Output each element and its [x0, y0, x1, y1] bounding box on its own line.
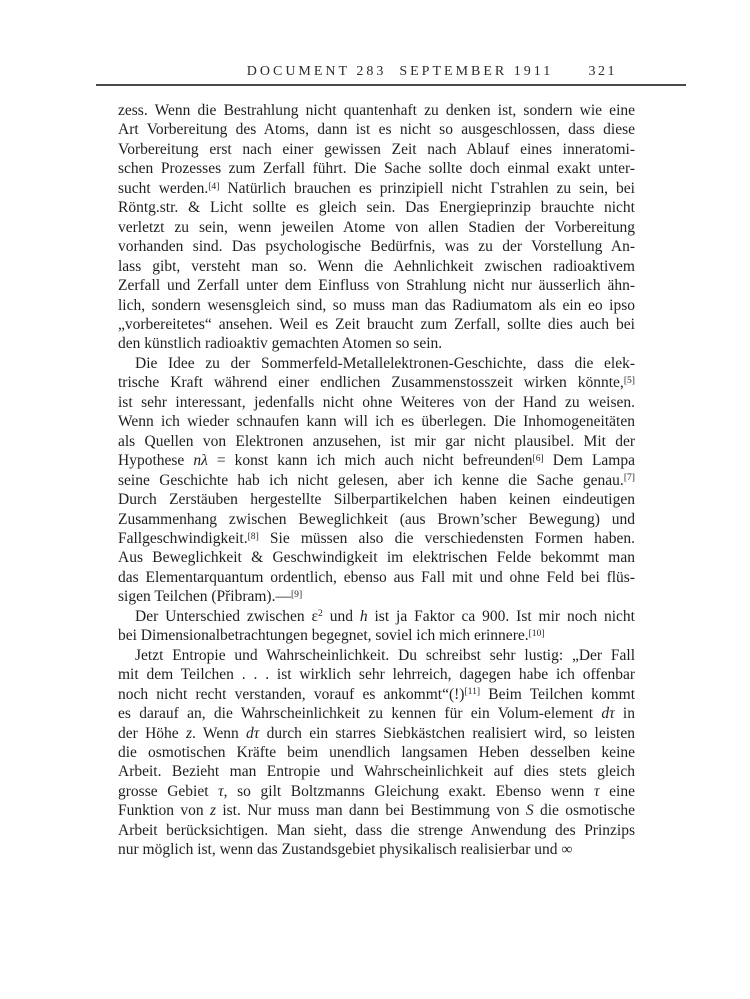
- text-line: trische Kraft während einer endlichen Zu…: [118, 373, 635, 392]
- text-line: das Elementarquantum ordentlich, ebenso …: [118, 568, 635, 587]
- text-line: Zusammenhang zwischen Beweglichkeit (aus…: [118, 510, 635, 529]
- paragraph: Die Idee zu der Sommerfeld-Metallelektro…: [118, 354, 635, 607]
- text-line: sigen Teilchen (Přibram).—[9]: [118, 587, 635, 606]
- paragraph: zess. Wenn die Bestrahlung nicht quanten…: [118, 101, 635, 354]
- running-head: DOCUMENT 283SEPTEMBER 1911: [247, 64, 553, 80]
- text-line: Wenn ich wieder schnaufen kann will ich …: [118, 412, 635, 431]
- running-head-date: SEPTEMBER 1911: [399, 64, 553, 79]
- page-body: zess. Wenn die Bestrahlung nicht quanten…: [118, 101, 635, 860]
- text-line: mit dem Teilchen . . . ist wirklich sehr…: [118, 665, 635, 684]
- text-line: Fallgeschwindigkeit.[8] Sie müssen also …: [118, 529, 635, 548]
- paragraph: Der Unterschied zwischen ε2 und h ist ja…: [118, 607, 635, 646]
- text-line: schen Prozesses zum Zerfall führt. Die S…: [118, 159, 635, 178]
- text-line: Vorbereitung erst nach einer gewissen Ze…: [118, 140, 635, 159]
- text-line: Arbeit. Bezieht man Entropie und Wahrsch…: [118, 762, 635, 781]
- text-line: noch nicht recht verstanden, vorauf es a…: [118, 685, 635, 704]
- text-line: als Quellen von Elektronen anzusehen, is…: [118, 432, 635, 451]
- text-line: es darauf an, die Wahrscheinlichkeit zu …: [118, 704, 635, 723]
- text-line: Jetzt Entropie und Wahrscheinlichkeit. D…: [118, 646, 635, 665]
- text-line: Art Vorbereitung des Atoms, dann ist es …: [118, 120, 635, 139]
- text-line: grosse Gebiet τ, so gilt Boltzmanns Glei…: [118, 782, 635, 801]
- running-head-row: DOCUMENT 283SEPTEMBER 1911 321: [0, 64, 750, 82]
- text-line: zess. Wenn die Bestrahlung nicht quanten…: [118, 101, 635, 120]
- page-number: 321: [589, 64, 618, 80]
- text-line: Zerfall und Zerfall unter dem Einfluss v…: [118, 276, 635, 295]
- text-line: seine Geschichte hab ich nicht gelesen, …: [118, 471, 635, 490]
- text-line: der Höhe z. Wenn dτ durch ein starres Si…: [118, 724, 635, 743]
- header-rule: [96, 84, 686, 86]
- text-line: ist sehr interessant, jedenfalls nicht o…: [118, 393, 635, 412]
- paragraph: Jetzt Entropie und Wahrscheinlichkeit. D…: [118, 646, 635, 860]
- text-line: „vorbereitetes“ ansehen. Weil es Zeit br…: [118, 315, 635, 334]
- text-line: Die Idee zu der Sommerfeld-Metallelektro…: [118, 354, 635, 373]
- text-line: Funktion von z ist. Nur muss man dann be…: [118, 801, 635, 820]
- text-line: Aus Beweglichkeit & Geschwindigkeit im e…: [118, 548, 635, 567]
- book-page: DOCUMENT 283SEPTEMBER 1911 321 zess. Wen…: [0, 0, 750, 999]
- text-line: lich, sondern wesensgleich sind, so muss…: [118, 296, 635, 315]
- text-line: Hypothese nλ = konst kann ich mich auch …: [118, 451, 635, 470]
- text-line: die osmotischen Kräfte beim unendlich la…: [118, 743, 635, 762]
- text-line: Der Unterschied zwischen ε2 und h ist ja…: [118, 607, 635, 626]
- text-line: lass gibt, versteht man so. Wenn die Aeh…: [118, 257, 635, 276]
- text-line: den künstlich radioaktiv gemachten Atome…: [118, 334, 635, 353]
- running-head-document: DOCUMENT 283: [247, 64, 387, 79]
- text-line: bei Dimensionalbetrachtungen begegnet, s…: [118, 626, 635, 645]
- text-line: Röntg.str. & Licht sollte es gleich sein…: [118, 198, 635, 217]
- text-line: verletzt zu sein, wenn jeweilen Atome vo…: [118, 218, 635, 237]
- text-line: sucht werden.[4] Natürlich brauchen es p…: [118, 179, 635, 198]
- text-line: Arbeit berücksichtigen. Man sieht, dass …: [118, 821, 635, 840]
- text-line: vorhanden sind. Das psychologische Bedür…: [118, 237, 635, 256]
- text-line: nur möglich ist, wenn das Zustandsgebiet…: [118, 840, 635, 859]
- text-line: Durch Zerstäuben hergestellte Silberpart…: [118, 490, 635, 509]
